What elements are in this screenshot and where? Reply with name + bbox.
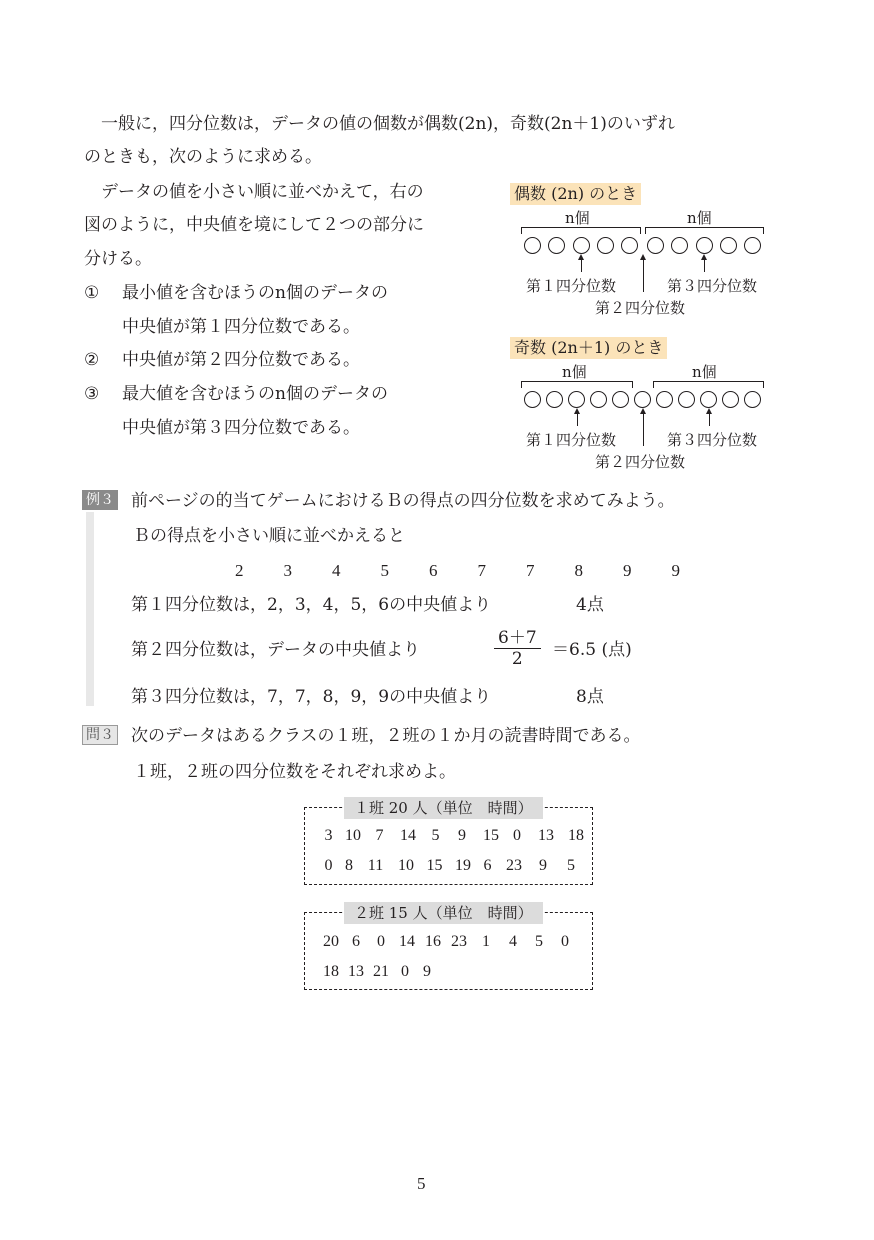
sorted-value: 6 [409, 561, 458, 581]
q3-value: 8点 [576, 687, 604, 707]
q2-fraction: 6＋7 2 [494, 628, 541, 669]
list-marker-2: ② [84, 350, 99, 370]
sorted-value: 9 [652, 561, 701, 581]
data-value: 9 [447, 827, 477, 845]
circle [744, 237, 761, 254]
circle [656, 391, 673, 408]
data-value: 3 [318, 827, 339, 845]
data-value: 7 [367, 827, 392, 845]
circle [678, 391, 695, 408]
circle [671, 237, 688, 254]
intro-line-2: のときも，次のように求める。 [84, 147, 322, 167]
data-box-group-1-title: １班 20 人（単位 時間） [344, 797, 543, 819]
group-1-row-2: 081110151962395 [318, 857, 586, 875]
data-value: 0 [505, 827, 529, 845]
page-number: 5 [417, 1174, 426, 1194]
circle [524, 391, 541, 408]
data-value: 13 [529, 827, 563, 845]
data-value: 0 [552, 933, 578, 951]
diagram-odd-right-count: n個 [692, 361, 717, 382]
intro-line-1: 一般に，四分位数は，データの値の個数が偶数(2n)，奇数(2n＋1)のいずれ [84, 114, 675, 134]
q2-explanation: 第２四分位数は，データの中央値より [131, 640, 420, 660]
data-value: 19 [449, 857, 477, 875]
data-value: 14 [392, 827, 424, 845]
list-marker-1: ① [84, 283, 99, 303]
list-item-3-line-2: 中央値が第３四分位数である。 [122, 418, 360, 438]
arrow-up-icon [643, 259, 644, 292]
example-badge: 例３ [82, 490, 118, 510]
data-value: 23 [498, 857, 530, 875]
circle [546, 391, 563, 408]
data-value: 11 [359, 857, 392, 875]
arrow-up-icon [704, 259, 705, 272]
sorted-value: 2 [215, 561, 264, 581]
circle [597, 237, 614, 254]
diagram-even-title: 偶数 (2n) のとき [510, 183, 641, 205]
group-2-row-1: 20601416231450 [318, 933, 578, 951]
diagram-even-q1: 第１四分位数 [526, 275, 616, 296]
circle [612, 391, 629, 408]
diagram-odd-q3: 第３四分位数 [667, 429, 757, 450]
sorted-value: 4 [312, 561, 361, 581]
q3-explanation: 第３四分位数は，7，7，8，9，9の中央値より [131, 687, 491, 707]
data-value: 23 [446, 933, 472, 951]
circle [568, 391, 585, 408]
data-value: 10 [392, 857, 420, 875]
circle [590, 391, 607, 408]
diagram-odd-q1: 第１四分位数 [526, 429, 616, 450]
list-item-1-line-2: 中央値が第１四分位数である。 [122, 317, 360, 337]
example-side-bar [86, 512, 94, 706]
data-value: 9 [416, 963, 438, 981]
circle [700, 391, 717, 408]
question-badge: 問３ [82, 725, 118, 745]
q1-value: 4点 [576, 595, 604, 615]
arrow-up-icon [581, 259, 582, 272]
fraction-numerator: 6＋7 [494, 628, 541, 649]
arrow-up-icon [643, 413, 644, 446]
circle [744, 391, 761, 408]
list-item-2-line-1: 中央値が第２四分位数である。 [122, 350, 360, 370]
data-value: 21 [368, 963, 394, 981]
data-value: 13 [344, 963, 368, 981]
circle [720, 237, 737, 254]
data-value: 5 [424, 827, 447, 845]
data-value: 15 [420, 857, 449, 875]
group-1-row-1: 310714591501318 [318, 827, 589, 845]
diagram-even-right-count: n個 [687, 207, 712, 228]
sorted-value: 3 [264, 561, 313, 581]
circle [722, 391, 739, 408]
data-value: 4 [500, 933, 526, 951]
sorted-value: 7 [458, 561, 507, 581]
list-item-1-line-1: 最小値を含むほうのn個のデータの [122, 283, 388, 303]
sorted-value: 5 [361, 561, 410, 581]
data-value: 1 [472, 933, 500, 951]
data-value: 14 [394, 933, 420, 951]
diagram-odd-left-count: n個 [562, 361, 587, 382]
data-value: 0 [368, 933, 394, 951]
arrow-up-icon [709, 413, 710, 426]
group-2-row-2: 18132109 [318, 963, 438, 981]
data-value: 15 [477, 827, 505, 845]
data-value: 5 [556, 857, 586, 875]
sorted-values: 2345677899 [215, 561, 700, 581]
circle [621, 237, 638, 254]
circle [647, 237, 664, 254]
data-value: 18 [563, 827, 589, 845]
left-para-line-1: データの値を小さい順に並べかえて，右の [84, 182, 424, 202]
list-item-3-line-1: 最大値を含むほうのn個のデータの [122, 384, 388, 404]
arrow-up-icon [577, 413, 578, 426]
example-title: 前ページの的当てゲームにおけるＢの得点の四分位数を求めてみよう。 [131, 491, 675, 511]
circle [573, 237, 590, 254]
question-line-1: 次のデータはあるクラスの１班，２班の１か月の読書時間である。 [131, 726, 641, 746]
q2-result: ＝6.5 (点) [552, 640, 632, 660]
diagram-even-q3: 第３四分位数 [667, 275, 757, 296]
circle [548, 237, 565, 254]
data-value: 16 [420, 933, 446, 951]
q1-explanation: 第１四分位数は，2，3，4，5，6の中央値より [131, 595, 491, 615]
diagram-odd-title: 奇数 (2n＋1) のとき [510, 337, 667, 359]
data-value: 5 [526, 933, 552, 951]
data-value: 0 [318, 857, 339, 875]
data-value: 18 [318, 963, 344, 981]
diagram-even-q2: 第２四分位数 [595, 297, 685, 318]
diagram-even-left-count: n個 [565, 207, 590, 228]
bracket-left [521, 227, 641, 234]
circle [524, 237, 541, 254]
data-value: 8 [339, 857, 359, 875]
data-value: 10 [339, 827, 367, 845]
circle [696, 237, 713, 254]
data-box-group-2-title: ２班 15 人（単位 時間） [344, 902, 543, 924]
bracket-left [521, 381, 633, 388]
data-value: 0 [394, 963, 416, 981]
sorted-value: 7 [506, 561, 555, 581]
circle-median [634, 391, 651, 408]
bracket-right [645, 227, 764, 234]
example-sort-text: Ｂの得点を小さい順に並べかえると [133, 526, 405, 546]
data-value: 9 [530, 857, 556, 875]
list-marker-3: ③ [84, 384, 99, 404]
diagram-odd-q2: 第２四分位数 [595, 451, 685, 472]
sorted-value: 9 [603, 561, 652, 581]
sorted-value: 8 [555, 561, 604, 581]
question-line-2: １班，２班の四分位数をそれぞれ求めよ。 [133, 762, 456, 782]
data-value: 20 [318, 933, 344, 951]
left-para-line-3: 分ける。 [84, 249, 152, 269]
left-para-line-2: 図のように，中央値を境にして２つの部分に [84, 215, 424, 235]
fraction-denominator: 2 [494, 649, 541, 669]
data-value: 6 [344, 933, 368, 951]
data-value: 6 [477, 857, 498, 875]
bracket-right [653, 381, 764, 388]
